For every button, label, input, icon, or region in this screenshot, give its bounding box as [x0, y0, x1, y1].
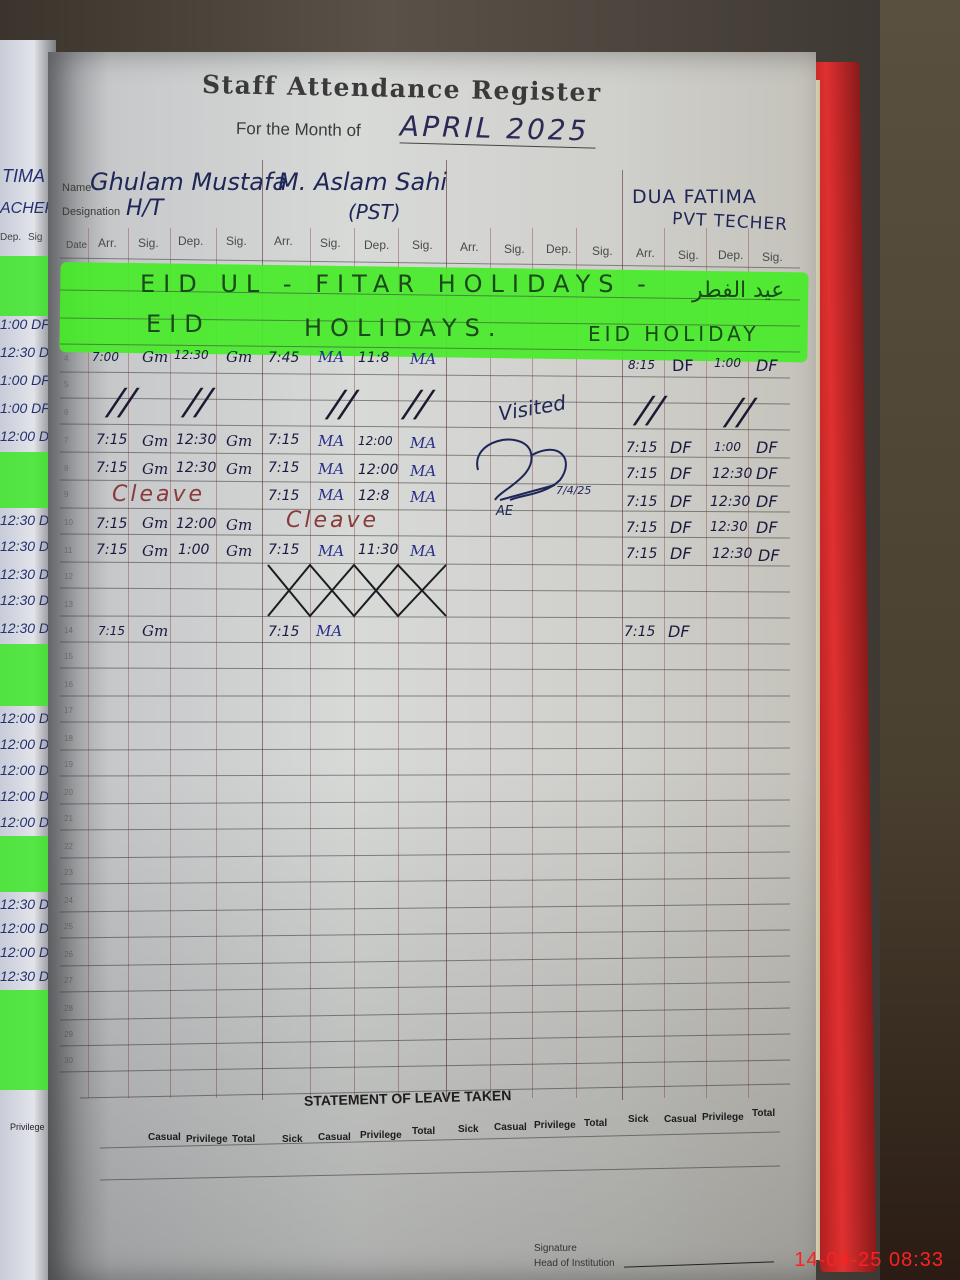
arrival-time: 7:15 — [268, 542, 299, 558]
day-number: 14 — [64, 626, 73, 635]
departure-time: 12:30 — [712, 546, 752, 562]
eid-banner-row2-mid: HOLIDAYS. — [304, 314, 504, 342]
col-arr: Arr. — [98, 236, 117, 250]
signature: Gm — [142, 348, 168, 366]
signature: Gm — [142, 542, 168, 560]
leave-col-privilege: Privilege — [702, 1112, 744, 1123]
signature: DF — [670, 544, 692, 563]
day-number: 18 — [64, 734, 73, 743]
departure-time: 1:00 — [714, 440, 741, 454]
arrival-time: 7:45 — [268, 350, 299, 366]
day-number: 19 — [64, 760, 73, 769]
left-entry: 1:00 DF — [0, 316, 50, 332]
signature: MA — [318, 486, 344, 504]
left-page-name: TIMA — [2, 166, 52, 187]
signature: Gm — [226, 460, 252, 478]
left-entry: 12:30 DF — [0, 620, 50, 636]
leave-col-casual: Casual — [318, 1132, 351, 1143]
signature: MA — [316, 622, 342, 640]
staff-2-name: M. Aslam Sahi — [278, 168, 447, 196]
visit-date: 7/4/25 — [556, 484, 591, 497]
day-number: 7 — [64, 436, 68, 445]
col-sig: Sig. — [412, 238, 433, 252]
grid-line — [490, 228, 491, 1098]
arrival-time: 7:15 — [96, 460, 127, 476]
signature: DF — [670, 438, 692, 457]
arrival-time: 7:15 — [624, 624, 655, 640]
signature: MA — [318, 542, 344, 560]
signature: DF — [672, 356, 694, 375]
signature: MA — [410, 542, 436, 560]
col-sig: Sig. — [504, 242, 525, 256]
leave-col-total: Total — [412, 1126, 435, 1137]
leave-col-casual: Casual — [664, 1114, 697, 1125]
left-entry: 1:00 DF — [0, 372, 50, 388]
leave-col-sick: Sick — [628, 1114, 649, 1125]
day-number: 15 — [64, 652, 73, 661]
grid-line — [88, 228, 89, 1098]
signature-label: Signature — [534, 1243, 577, 1254]
arrival-time: 8:15 — [628, 358, 655, 372]
day-number: 20 — [64, 788, 73, 797]
departure-time: 12:30 — [176, 460, 216, 476]
signature: Gm — [226, 348, 252, 366]
departure-time: 12:30 — [712, 466, 752, 482]
left-entry: 1:00 DF — [0, 400, 50, 416]
staff-1-designation: H/T — [126, 196, 163, 221]
staff-1-name: Ghulam Mustafa — [90, 168, 287, 196]
day-number: 8 — [64, 464, 68, 473]
day-number: 11 — [64, 546, 72, 555]
col-sig: Sig. — [592, 244, 613, 258]
day-number: 29 — [64, 1030, 73, 1039]
day-number: 5 — [64, 380, 68, 389]
signature: Gm — [226, 542, 252, 560]
leave-col-privilege: Privilege — [186, 1134, 228, 1145]
signature: MA — [410, 462, 436, 480]
col-date: Date — [66, 240, 87, 251]
day-number: 27 — [64, 976, 73, 985]
signature: MA — [410, 434, 436, 452]
month-value: APRIL 2025 — [400, 109, 596, 148]
col-dep: Dep. — [718, 248, 743, 262]
left-entry: 12:00 DF — [0, 944, 50, 960]
eid-banner-row2-right: EID HOLIDAY — [588, 322, 760, 346]
left-entry: 12:30 DF — [0, 592, 50, 608]
arrival-time: 7:15 — [268, 624, 299, 640]
signature: MA — [410, 488, 436, 506]
day-number: 16 — [64, 680, 73, 689]
signature: MA — [318, 460, 344, 478]
arrival-time: 7:15 — [626, 546, 657, 562]
grid-line — [398, 228, 399, 1098]
signature: Gm — [226, 516, 252, 534]
departure-time: 1:00 — [178, 542, 209, 558]
grid-line — [216, 228, 217, 1098]
leave-col-sick: Sick — [458, 1124, 479, 1135]
grid-line — [128, 228, 129, 1098]
signature: MA — [318, 432, 344, 450]
grid-line — [170, 228, 171, 1098]
day-number: 10 — [64, 518, 73, 527]
staff-2-designation: (PST) — [348, 200, 401, 224]
departure-time: 12:30 — [710, 494, 750, 510]
signature: Gm — [142, 622, 168, 640]
signature: DF — [756, 356, 778, 375]
arrival-time: 7:15 — [626, 520, 657, 536]
signature: Gm — [226, 432, 252, 450]
designation-label: Designation — [62, 206, 120, 218]
signature: DF — [670, 464, 692, 483]
departure-time: 1:00 — [714, 356, 741, 370]
day-number: 26 — [64, 950, 73, 959]
left-entry: 12:00 DF — [0, 788, 50, 804]
departure-time: 12:8 — [358, 488, 389, 504]
arrival-time: 7:15 — [98, 624, 125, 638]
day-number: 30 — [64, 1056, 73, 1065]
col-dep: Dep. — [546, 242, 571, 256]
left-entry: 12:00 DF — [0, 920, 50, 936]
day-number: 25 — [64, 922, 73, 931]
signature: DF — [756, 518, 778, 537]
col-sig: Sig. — [226, 234, 247, 248]
arrival-time: 7:15 — [626, 494, 657, 510]
arrival-time: 7:15 — [626, 466, 657, 482]
col-dep: Dep. — [364, 238, 389, 252]
day-number: 17 — [64, 706, 73, 715]
left-entry: 12:30 DF — [0, 968, 50, 984]
col-arr: Arr. — [460, 240, 479, 254]
camera-timestamp: 14-04-25 08:33 — [794, 1249, 944, 1272]
day-number: 12 — [64, 572, 73, 581]
left-entry: 12:00 DF — [0, 736, 50, 752]
casual-leave-mark: Cleave — [112, 482, 205, 507]
eid-banner-urdu: عید الفطر — [692, 278, 784, 303]
signature: MA — [410, 350, 436, 368]
arrival-time: 7:15 — [268, 460, 299, 476]
left-page-designation: ACHER — [0, 200, 50, 218]
col-sig: Sig. — [678, 248, 699, 262]
signature: DF — [670, 492, 692, 511]
signature: DF — [756, 492, 778, 511]
day-number: 13 — [64, 600, 73, 609]
eid-banner-row2-left: EID — [146, 310, 211, 338]
left-entry: 12:30 DF — [0, 896, 50, 912]
arrival-time: 7:15 — [96, 516, 127, 532]
arrival-time: 7:15 — [626, 440, 657, 456]
col-dep: Dep. — [178, 234, 203, 248]
left-entry: 12:00 DF — [0, 710, 50, 726]
col-sig: Sig. — [320, 236, 341, 250]
departure-time: 12:30 — [174, 348, 209, 362]
eid-banner-row1: EID UL - FITAR HOLIDAYS - — [140, 270, 654, 298]
day-number: 22 — [64, 842, 73, 851]
day-number: 21 — [64, 814, 73, 823]
head-of-institution-label: Head of Institution — [534, 1258, 615, 1269]
signature: Gm — [142, 514, 168, 532]
signature: MA — [318, 348, 344, 366]
staff-4-name: DUA FATIMA — [632, 186, 757, 208]
signature: DF — [758, 546, 780, 565]
leave-col-total: Total — [232, 1134, 255, 1145]
day-number: 24 — [64, 896, 73, 905]
day-number: 6 — [64, 408, 68, 417]
left-entry: 12:30 DF — [0, 512, 50, 528]
departure-time: 11:8 — [358, 350, 389, 366]
col-arr: Arr. — [274, 234, 293, 248]
grid-line — [310, 228, 311, 1098]
day-number: 9 — [64, 490, 68, 499]
leave-col-casual: Casual — [494, 1122, 527, 1133]
day-number: 28 — [64, 1004, 73, 1013]
signature: Gm — [142, 460, 168, 478]
left-entry: 12:00 DF — [0, 814, 50, 830]
month-label: For the Month of — [236, 119, 361, 141]
leave-col-sick: Sick — [282, 1134, 303, 1145]
departure-time: 12:00 — [176, 516, 216, 532]
departure-time: 11:30 — [358, 542, 398, 558]
departure-time: 12:30 — [176, 432, 216, 448]
left-entry: 12:00 DF — [0, 762, 50, 778]
arrival-time: 7:15 — [268, 488, 299, 504]
left-entry: 12:30 DF — [0, 566, 50, 582]
signature: DF — [670, 518, 692, 537]
name-label: Name — [62, 182, 91, 194]
arrival-time: 7:15 — [268, 432, 299, 448]
col-sig: Sig. — [762, 250, 783, 264]
departure-time: 12:30 — [710, 520, 747, 535]
leave-col-privilege: Privilege — [534, 1120, 576, 1131]
grid-line — [354, 228, 355, 1098]
day-number: 4 — [64, 354, 68, 363]
casual-leave-mark: Cleave — [286, 508, 379, 533]
desk-surface — [880, 0, 960, 1280]
left-entry: 12:30 DF — [0, 344, 50, 360]
col-arr: Arr. — [636, 246, 655, 260]
signature: DF — [756, 464, 778, 483]
leave-col-casual: Casual — [148, 1132, 181, 1143]
left-entry: 12:30 DF — [0, 538, 50, 554]
signature: DF — [668, 622, 690, 641]
leave-col-total: Total — [584, 1118, 607, 1129]
leave-col-total: Total — [752, 1108, 775, 1119]
signature: Gm — [142, 432, 168, 450]
departure-time: 12:00 — [358, 434, 393, 448]
departure-time: 12:00 — [358, 462, 398, 478]
arrival-time: 7:00 — [92, 350, 119, 364]
arrival-time: 7:15 — [96, 542, 127, 558]
arrival-time: 7:15 — [96, 432, 127, 448]
signature: DF — [756, 438, 778, 457]
col-sig: Sig. — [138, 236, 159, 250]
leave-col-privilege: Privilege — [360, 1130, 402, 1141]
day-number: 23 — [64, 868, 73, 877]
left-entry: 12:00 DF — [0, 428, 50, 444]
visit-initials: AE — [496, 504, 513, 519]
